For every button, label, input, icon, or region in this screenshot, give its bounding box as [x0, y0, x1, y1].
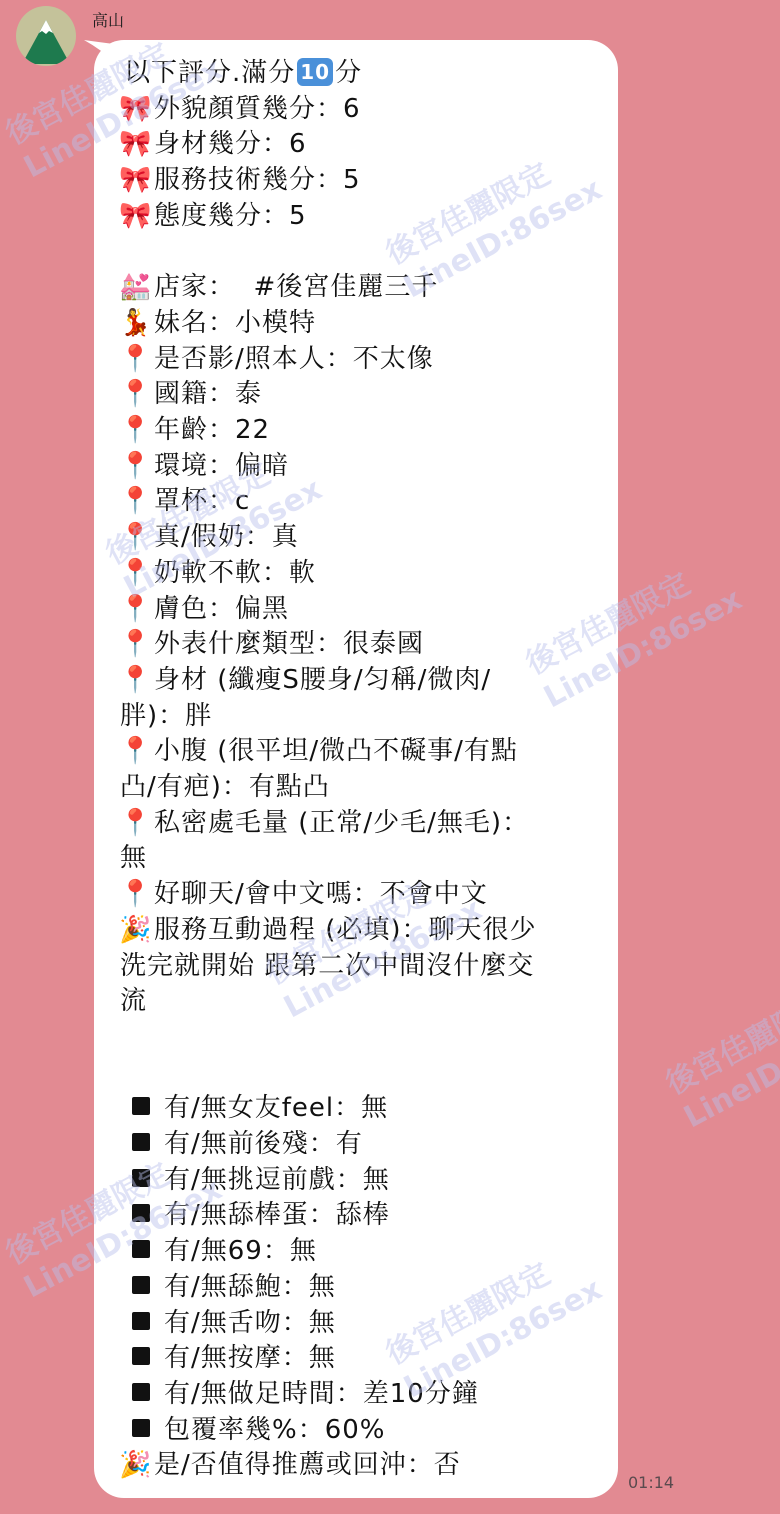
pushpin-icon: 📍 [118, 413, 154, 449]
detail-line: 📍國籍：泰 [124, 377, 608, 413]
checklist-item: 包覆率幾%：60% [124, 1413, 608, 1449]
ribbon-icon: 🎀 [118, 163, 154, 199]
detail-line: 📍真/假奶：真 [124, 520, 608, 556]
detail-line: 📍身材 (纖瘦S腰身/匀稱/微肉/ [124, 663, 608, 699]
pushpin-icon: 📍 [118, 449, 154, 485]
dancer-icon: 💃 [118, 306, 154, 342]
shop-line: 💒店家： #後宮佳麗三千 [124, 270, 608, 306]
pushpin-icon: 📍 [118, 627, 154, 663]
service-line-cont: 流 [120, 984, 608, 1020]
rating-line: 🎀身材幾分：6 [124, 127, 608, 163]
party-popper-icon: 🎉 [118, 913, 154, 949]
pushpin-icon: 📍 [118, 592, 154, 628]
black-square-icon [132, 1097, 150, 1115]
blank-line [124, 235, 608, 271]
pushpin-icon: 📍 [118, 377, 154, 413]
ribbon-icon: 🎀 [118, 199, 154, 235]
detail-line: 📍年齡：22 [124, 413, 608, 449]
detail-line: 📍小腹 (很平坦/微凸不礙事/有點 [124, 734, 608, 770]
pushpin-icon: 📍 [118, 806, 154, 842]
pushpin-icon: 📍 [118, 342, 154, 378]
detail-line-cont: 胖)：胖 [120, 699, 608, 735]
party-popper-icon: 🎉 [118, 1448, 154, 1484]
checklist-item: 有/無挑逗前戲：無 [124, 1163, 608, 1199]
ribbon-icon: 🎀 [118, 127, 154, 163]
checklist-item: 有/無女友feel：無 [124, 1091, 608, 1127]
black-square-icon [132, 1419, 150, 1437]
mountain-avatar-icon [16, 6, 76, 66]
rating-header: 以下評分.滿分10分 [124, 56, 608, 92]
black-square-icon [132, 1133, 150, 1151]
checklist-item: 有/無舔鮑：無 [124, 1270, 608, 1306]
pushpin-icon: 📍 [118, 877, 154, 913]
pushpin-icon: 📍 [118, 556, 154, 592]
pushpin-icon: 📍 [118, 734, 154, 770]
detail-line: 📍好聊天/會中文嗎：不會中文 [124, 877, 608, 913]
black-square-icon [132, 1240, 150, 1258]
checklist-item: 有/無舔棒蛋：舔棒 [124, 1198, 608, 1234]
girl-name-line: 💃妹名：小模特 [124, 306, 608, 342]
detail-line-cont: 凸/有疤)：有點凸 [120, 770, 608, 806]
detail-line: 📍膚色：偏黑 [124, 592, 608, 628]
detail-line: 📍奶軟不軟：軟 [124, 556, 608, 592]
black-square-icon [132, 1312, 150, 1330]
detail-line: 📍外表什麼類型：很泰國 [124, 627, 608, 663]
black-square-icon [132, 1169, 150, 1187]
keycap-ten-icon: 10 [297, 58, 333, 86]
service-line: 🎉服務互動過程 (必填)：聊天很少 [124, 913, 608, 949]
black-square-icon [132, 1276, 150, 1294]
watermark: 後宮佳麗限定LineID:86sex [660, 967, 780, 1137]
detail-line: 📍環境：偏暗 [124, 449, 608, 485]
rating-line: 🎀態度幾分：5 [124, 199, 608, 235]
detail-line: 📍罩杯：c [124, 484, 608, 520]
rating-line: 🎀外貌顏質幾分：6 [124, 92, 608, 128]
sender-name[interactable]: 高山 [92, 8, 124, 31]
black-square-icon [132, 1347, 150, 1365]
pushpin-icon: 📍 [118, 484, 154, 520]
checklist-item: 有/無舌吻：無 [124, 1306, 608, 1342]
pushpin-icon: 📍 [118, 520, 154, 556]
detail-line: 📍私密處毛量 (正常/少毛/無毛)： [124, 806, 608, 842]
checklist-item: 有/無做足時間：差10分鐘 [124, 1377, 608, 1413]
detail-line: 📍是否影/照本人：不太像 [124, 342, 608, 378]
rating-line: 🎀服務技術幾分：5 [124, 163, 608, 199]
black-square-icon [132, 1204, 150, 1222]
sender-avatar[interactable] [16, 6, 76, 66]
pushpin-icon: 📍 [118, 663, 154, 699]
wedding-chapel-icon: 💒 [118, 270, 154, 306]
message-bubble[interactable]: 以下評分.滿分10分 🎀外貌顏質幾分：6 🎀身材幾分：6 🎀服務技術幾分：5 🎀… [94, 40, 618, 1498]
recommend-line: 🎉是/否值得推薦或回沖：否 [124, 1448, 608, 1484]
message-timestamp: 01:14 [628, 1473, 674, 1492]
black-square-icon [132, 1383, 150, 1401]
checklist-item: 有/無按摩：無 [124, 1341, 608, 1377]
checklist-item: 有/無69：無 [124, 1234, 608, 1270]
detail-line-cont: 無 [120, 841, 608, 877]
checklist-item: 有/無前後殘：有 [124, 1127, 608, 1163]
ribbon-icon: 🎀 [118, 92, 154, 128]
blank-line [124, 1056, 608, 1092]
service-line-cont: 洗完就開始 跟第二次中間沒什麼交 [120, 949, 608, 985]
blank-line [124, 1020, 608, 1056]
